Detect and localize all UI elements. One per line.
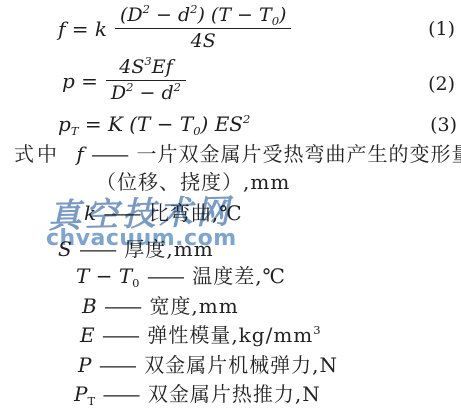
equation-1-numerator: (D2 − d2) (T − T0) bbox=[115, 5, 291, 28]
equation-3-number: (3) bbox=[430, 114, 457, 136]
legend-desc-e-sup: 3 bbox=[313, 323, 320, 337]
eq1-num-part: (D bbox=[120, 4, 143, 26]
eq1-num-part: − d bbox=[150, 4, 190, 26]
legend-dash: —— bbox=[147, 264, 183, 288]
legend-var-b: B bbox=[82, 294, 97, 318]
legend-var-temp-diff: T − T0 bbox=[76, 264, 139, 288]
legend-dash: —— bbox=[99, 353, 135, 377]
equation-1-denominator: 4S bbox=[115, 28, 291, 53]
legend-row-b: B —— 宽度,mm bbox=[82, 294, 239, 318]
eq2-den-part: − d bbox=[133, 82, 173, 104]
equation-1: f = k (D2 − d2) (T − T0) 4S bbox=[58, 5, 291, 53]
equation-1-number: (1) bbox=[428, 18, 455, 40]
eq1-num-sub: 0 bbox=[272, 14, 279, 28]
eq1-num-sup: 2 bbox=[143, 2, 150, 16]
scanned-paper-page: f = k (D2 − d2) (T − T0) 4S (1) p = 4S3E… bbox=[0, 0, 461, 413]
eq2-den-part: D bbox=[111, 82, 126, 104]
equation-3: pT = K (T − T0) ES2 bbox=[58, 112, 250, 136]
legend-var-sub: 0 bbox=[132, 276, 139, 290]
legend-prefix: 式中 bbox=[14, 142, 60, 166]
legend-desc-pt: 双金属片热推力,N bbox=[148, 382, 321, 406]
eq2-den-sup: 2 bbox=[174, 80, 181, 94]
eq3-var: p bbox=[58, 112, 71, 136]
eq3-sup: 2 bbox=[243, 112, 250, 126]
legend-desc-f: 一片双金属片受热弯曲产生的变形量 bbox=[136, 142, 461, 166]
legend-var-e: E bbox=[80, 323, 95, 347]
legend-row-e: E —— 弹性模量,kg/mm3 bbox=[80, 323, 321, 347]
legend-var-p: P bbox=[78, 353, 91, 377]
legend-row-f: 式中 f —— 一片双金属片受热弯曲产生的变形量 bbox=[14, 142, 461, 166]
legend-desc-temp-diff: 温度差,℃ bbox=[192, 264, 286, 288]
eq3-part: = K (T − T bbox=[78, 112, 193, 136]
equation-2-number: (2) bbox=[428, 73, 455, 95]
eq2-num-part: Ef bbox=[152, 56, 173, 78]
equation-1-fraction: (D2 − d2) (T − T0) 4S bbox=[115, 5, 291, 53]
legend-dash: —— bbox=[91, 142, 127, 166]
eq2-num-part: 4S bbox=[119, 56, 144, 78]
equation-2-lhs: p = bbox=[62, 69, 98, 93]
legend-row-p: P —— 双金属片机械弹力,N bbox=[78, 353, 338, 377]
eq2-num-sup: 3 bbox=[144, 54, 151, 68]
eq3-part: pT = K (T − T0) ES2 bbox=[58, 112, 250, 136]
legend-desc-b: 宽度,mm bbox=[149, 294, 238, 318]
legend-row-temp-diff: T − T0 —— 温度差,℃ bbox=[76, 264, 286, 288]
eq1-num-part: ) (T − T bbox=[197, 4, 271, 26]
equation-2-denominator: D2 − d2 bbox=[106, 80, 186, 105]
watermark-site-url: chvacuum.com bbox=[46, 226, 237, 251]
legend-var-pt: PT bbox=[74, 382, 95, 406]
legend-var-text: P bbox=[74, 382, 87, 406]
legend-dash: —— bbox=[103, 382, 139, 406]
legend-desc-e: 弹性模量,kg/mm bbox=[147, 323, 313, 347]
eq3-sub: 0 bbox=[193, 124, 200, 138]
equation-2: p = 4S3Ef D2 − d2 bbox=[62, 57, 186, 105]
legend-var-f: f bbox=[76, 142, 83, 166]
legend-desc-p: 双金属片机械弹力,N bbox=[144, 353, 338, 377]
legend-row-pt: PT —— 双金属片热推力,N bbox=[74, 382, 321, 406]
eq3-part: ) ES bbox=[201, 112, 243, 136]
legend-dash: —— bbox=[102, 323, 138, 347]
legend-dash: —— bbox=[104, 294, 140, 318]
equation-2-fraction: 4S3Ef D2 − d2 bbox=[106, 57, 186, 105]
equation-1-lhs: f = k bbox=[58, 17, 107, 41]
legend-var-sub: T bbox=[87, 394, 95, 408]
eq1-num-part: ) bbox=[279, 4, 286, 26]
equation-2-numerator: 4S3Ef bbox=[114, 57, 177, 80]
legend-var-text: T − T bbox=[76, 264, 132, 288]
